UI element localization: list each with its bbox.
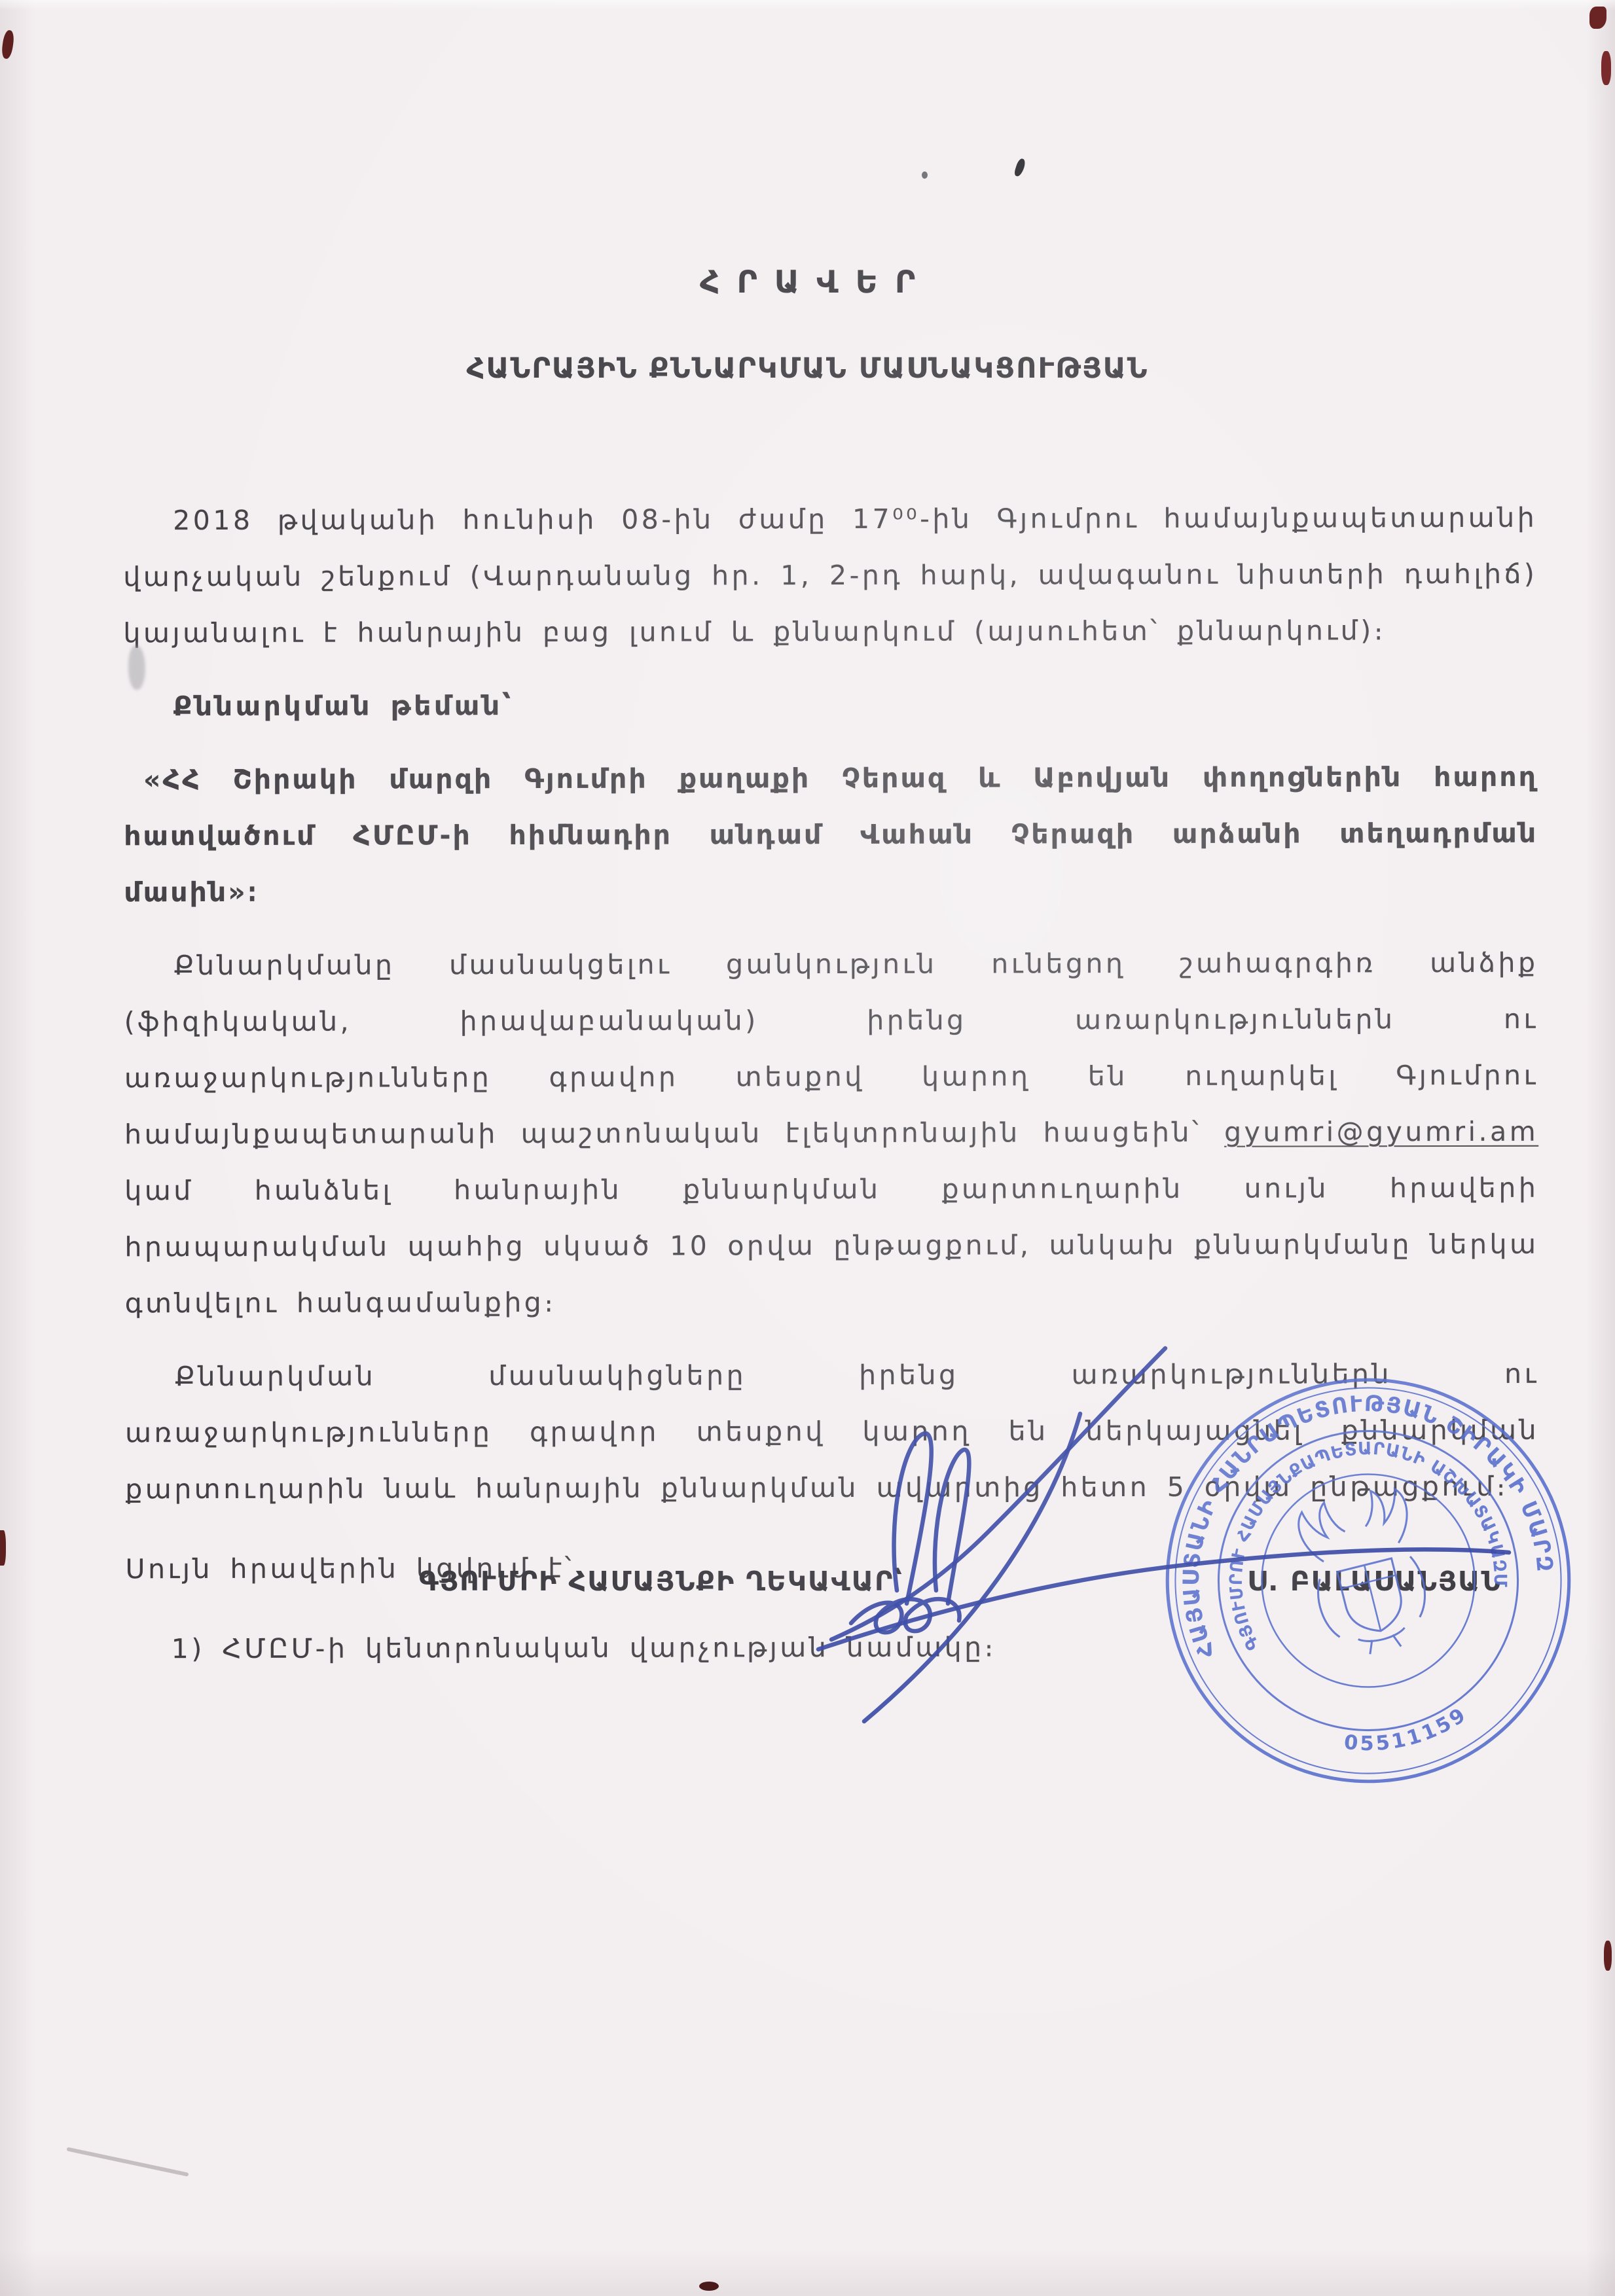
topic-heading: Քննարկման թեման՝	[124, 675, 1538, 735]
topic-quote: «ՀՀ Շիրակի մարզի Գյումրի քաղաքի Չերազ և …	[124, 749, 1538, 921]
scan-artifact	[66, 2147, 189, 2176]
scan-artifact	[922, 171, 928, 179]
scan-artifact	[699, 2282, 719, 2291]
scan-artifact	[1013, 158, 1026, 177]
scan-artifact	[1604, 1941, 1612, 1971]
participation-text-after: կամ հանձնել հանրային քննարկման քարտուղար…	[124, 1172, 1538, 1319]
document-title: ՀՐԱՎԵՐ	[0, 264, 1615, 300]
intro-paragraph: 2018 թվականի հունիսի 08-ին ժամը 17⁰⁰-ին …	[123, 490, 1538, 662]
scanned-letter-page: ՀՐԱՎԵՐ ՀԱՆՐԱՅԻՆ ՔՆՆԱՐԿՄԱՆ ՄԱՍՆԱԿՑՈՒԹՅԱՆ …	[0, 0, 1615, 2296]
scan-artifact	[1, 29, 15, 60]
participation-paragraph: Քննարկմանը մասնակցելու ցանկություն ունեց…	[124, 935, 1539, 1332]
handwritten-signature	[772, 1309, 1545, 1741]
scan-artifact	[1601, 51, 1611, 85]
scan-artifact	[1589, 7, 1606, 29]
email-link[interactable]: gyumri@gyumri.am	[1224, 1116, 1538, 1148]
scan-artifact	[0, 1530, 6, 1566]
document-subtitle: ՀԱՆՐԱՅԻՆ ՔՆՆԱՐԿՄԱՆ ՄԱՍՆԱԿՑՈՒԹՅԱՆ	[0, 352, 1615, 385]
